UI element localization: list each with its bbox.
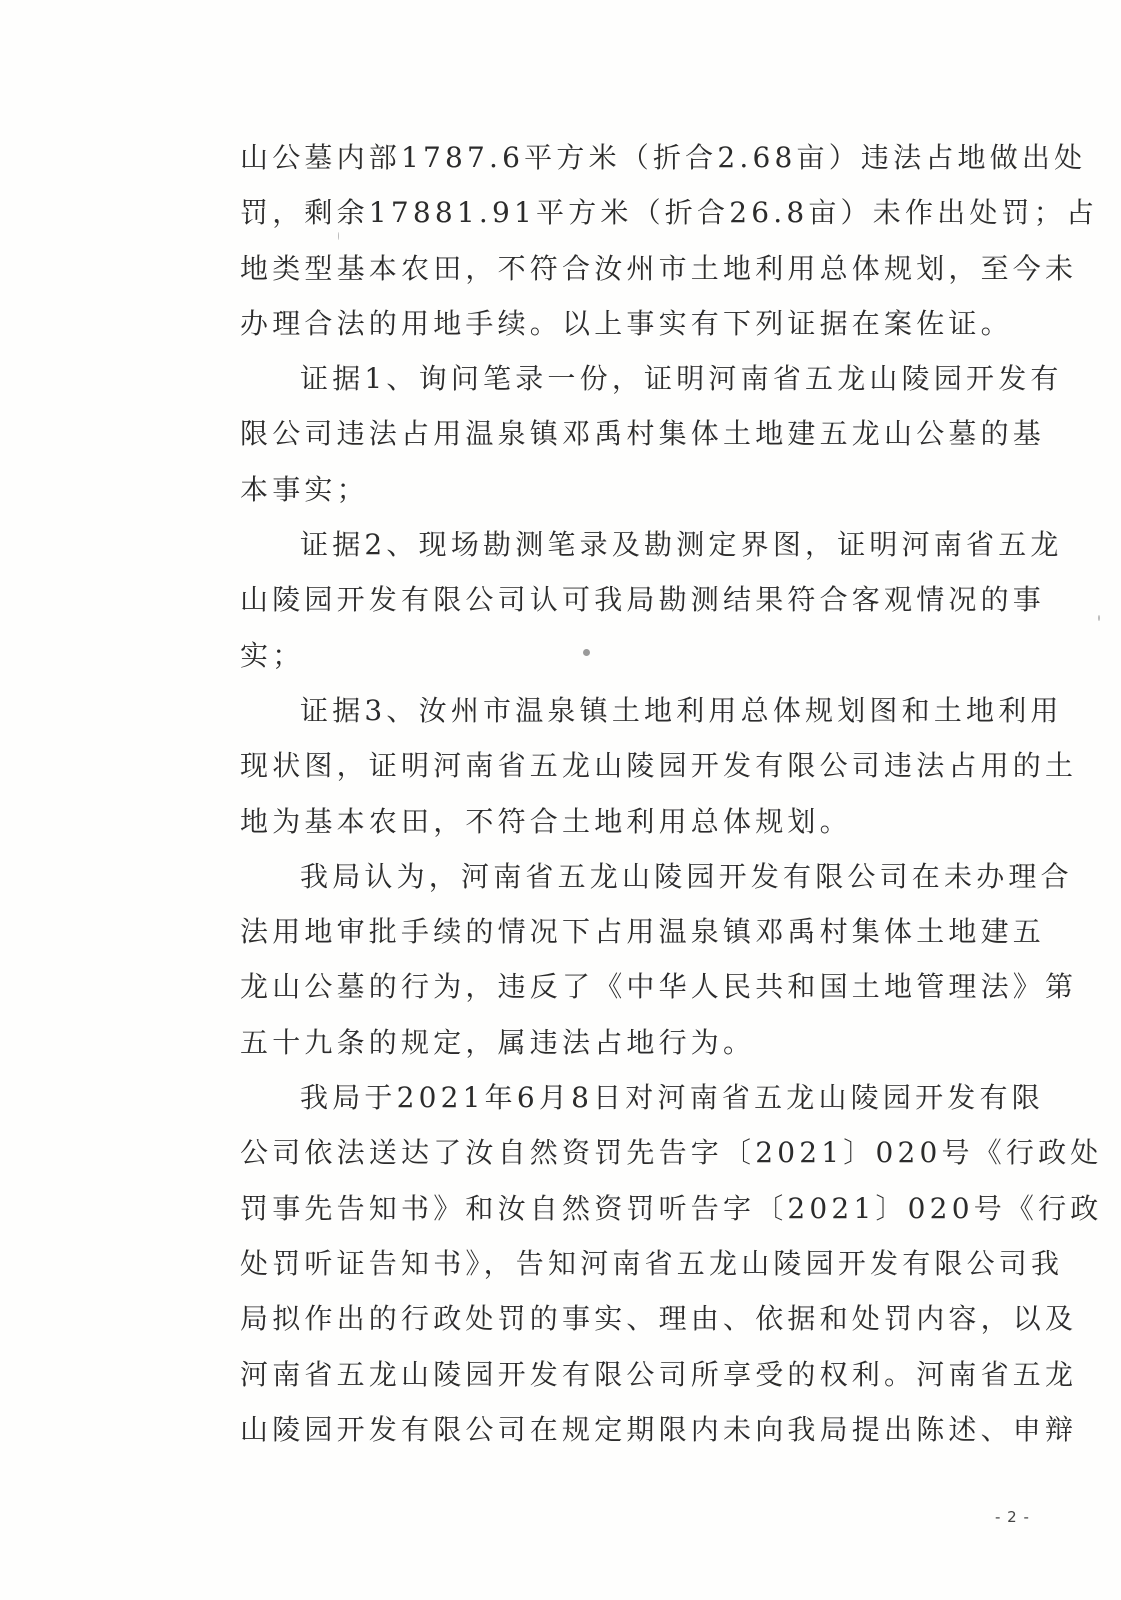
text-line: 罚事先告知书》和汝自然资罚听告字〔2021〕020号《行政 (240, 1181, 1030, 1236)
text-line: 河南省五龙山陵园开发有限公司所享受的权利。河南省五龙 (240, 1347, 1030, 1402)
text-line: 山公墓内部1787.6平方米（折合2.68亩）违法占地做出处 (240, 130, 1030, 185)
document-body: 山公墓内部1787.6平方米（折合2.68亩）违法占地做出处 罚，剩余17881… (240, 130, 1030, 1457)
text-line: 限公司违法占用温泉镇邓禹村集体土地建五龙山公墓的基 (240, 406, 1030, 461)
evidence-3-line: 证据3、汝州市温泉镇土地利用总体规划图和土地利用 (240, 683, 1030, 738)
text-line: 五十九条的规定，属违法占地行为。 (240, 1015, 1030, 1070)
text-line: 实； (240, 628, 1030, 683)
text-line: 地为基本农田，不符合土地利用总体规划。 (240, 794, 1030, 849)
text-line: 山陵园开发有限公司认可我局勘测结果符合客观情况的事 (240, 572, 1030, 627)
notice-paragraph-line: 我局于2021年6月8日对河南省五龙山陵园开发有限 (240, 1070, 1030, 1125)
text-line: 龙山公墓的行为，违反了《中华人民共和国土地管理法》第 (240, 959, 1030, 1014)
evidence-1-line: 证据1、询问笔录一份，证明河南省五龙山陵园开发有 (240, 351, 1030, 406)
text-line: 地类型基本农田，不符合汝州市土地利用总体规划，至今未 (240, 241, 1030, 296)
text-line: 处罚听证告知书》，告知河南省五龙山陵园开发有限公司我 (240, 1236, 1030, 1291)
page-number: - 2 - (995, 1508, 1030, 1526)
text-line: 公司依法送达了汝自然资罚先告字〔2021〕020号《行政处 (240, 1125, 1030, 1180)
text-line: 罚，剩余17881.91平方米（折合26.8亩）未作出处罚；占 (240, 185, 1030, 240)
text-line: 局拟作出的行政处罚的事实、理由、依据和处罚内容，以及 (240, 1291, 1030, 1346)
text-line: 现状图，证明河南省五龙山陵园开发有限公司违法占用的土 (240, 738, 1030, 793)
evidence-2-line: 证据2、现场勘测笔录及勘测定界图，证明河南省五龙 (240, 517, 1030, 572)
text-line: 办理合法的用地手续。以上事实有下列证据在案佐证。 (240, 296, 1030, 351)
scan-speck (1098, 615, 1100, 621)
text-line: 法用地审批手续的情况下占用温泉镇邓禹村集体土地建五 (240, 904, 1030, 959)
finding-paragraph-line: 我局认为，河南省五龙山陵园开发有限公司在未办理合 (240, 849, 1030, 904)
text-line: 山陵园开发有限公司在规定期限内未向我局提出陈述、申辩 (240, 1402, 1030, 1457)
scanned-page: 山公墓内部1787.6平方米（折合2.68亩）违法占地做出处 罚，剩余17881… (0, 0, 1121, 1600)
text-line: 本事实； (240, 462, 1030, 517)
